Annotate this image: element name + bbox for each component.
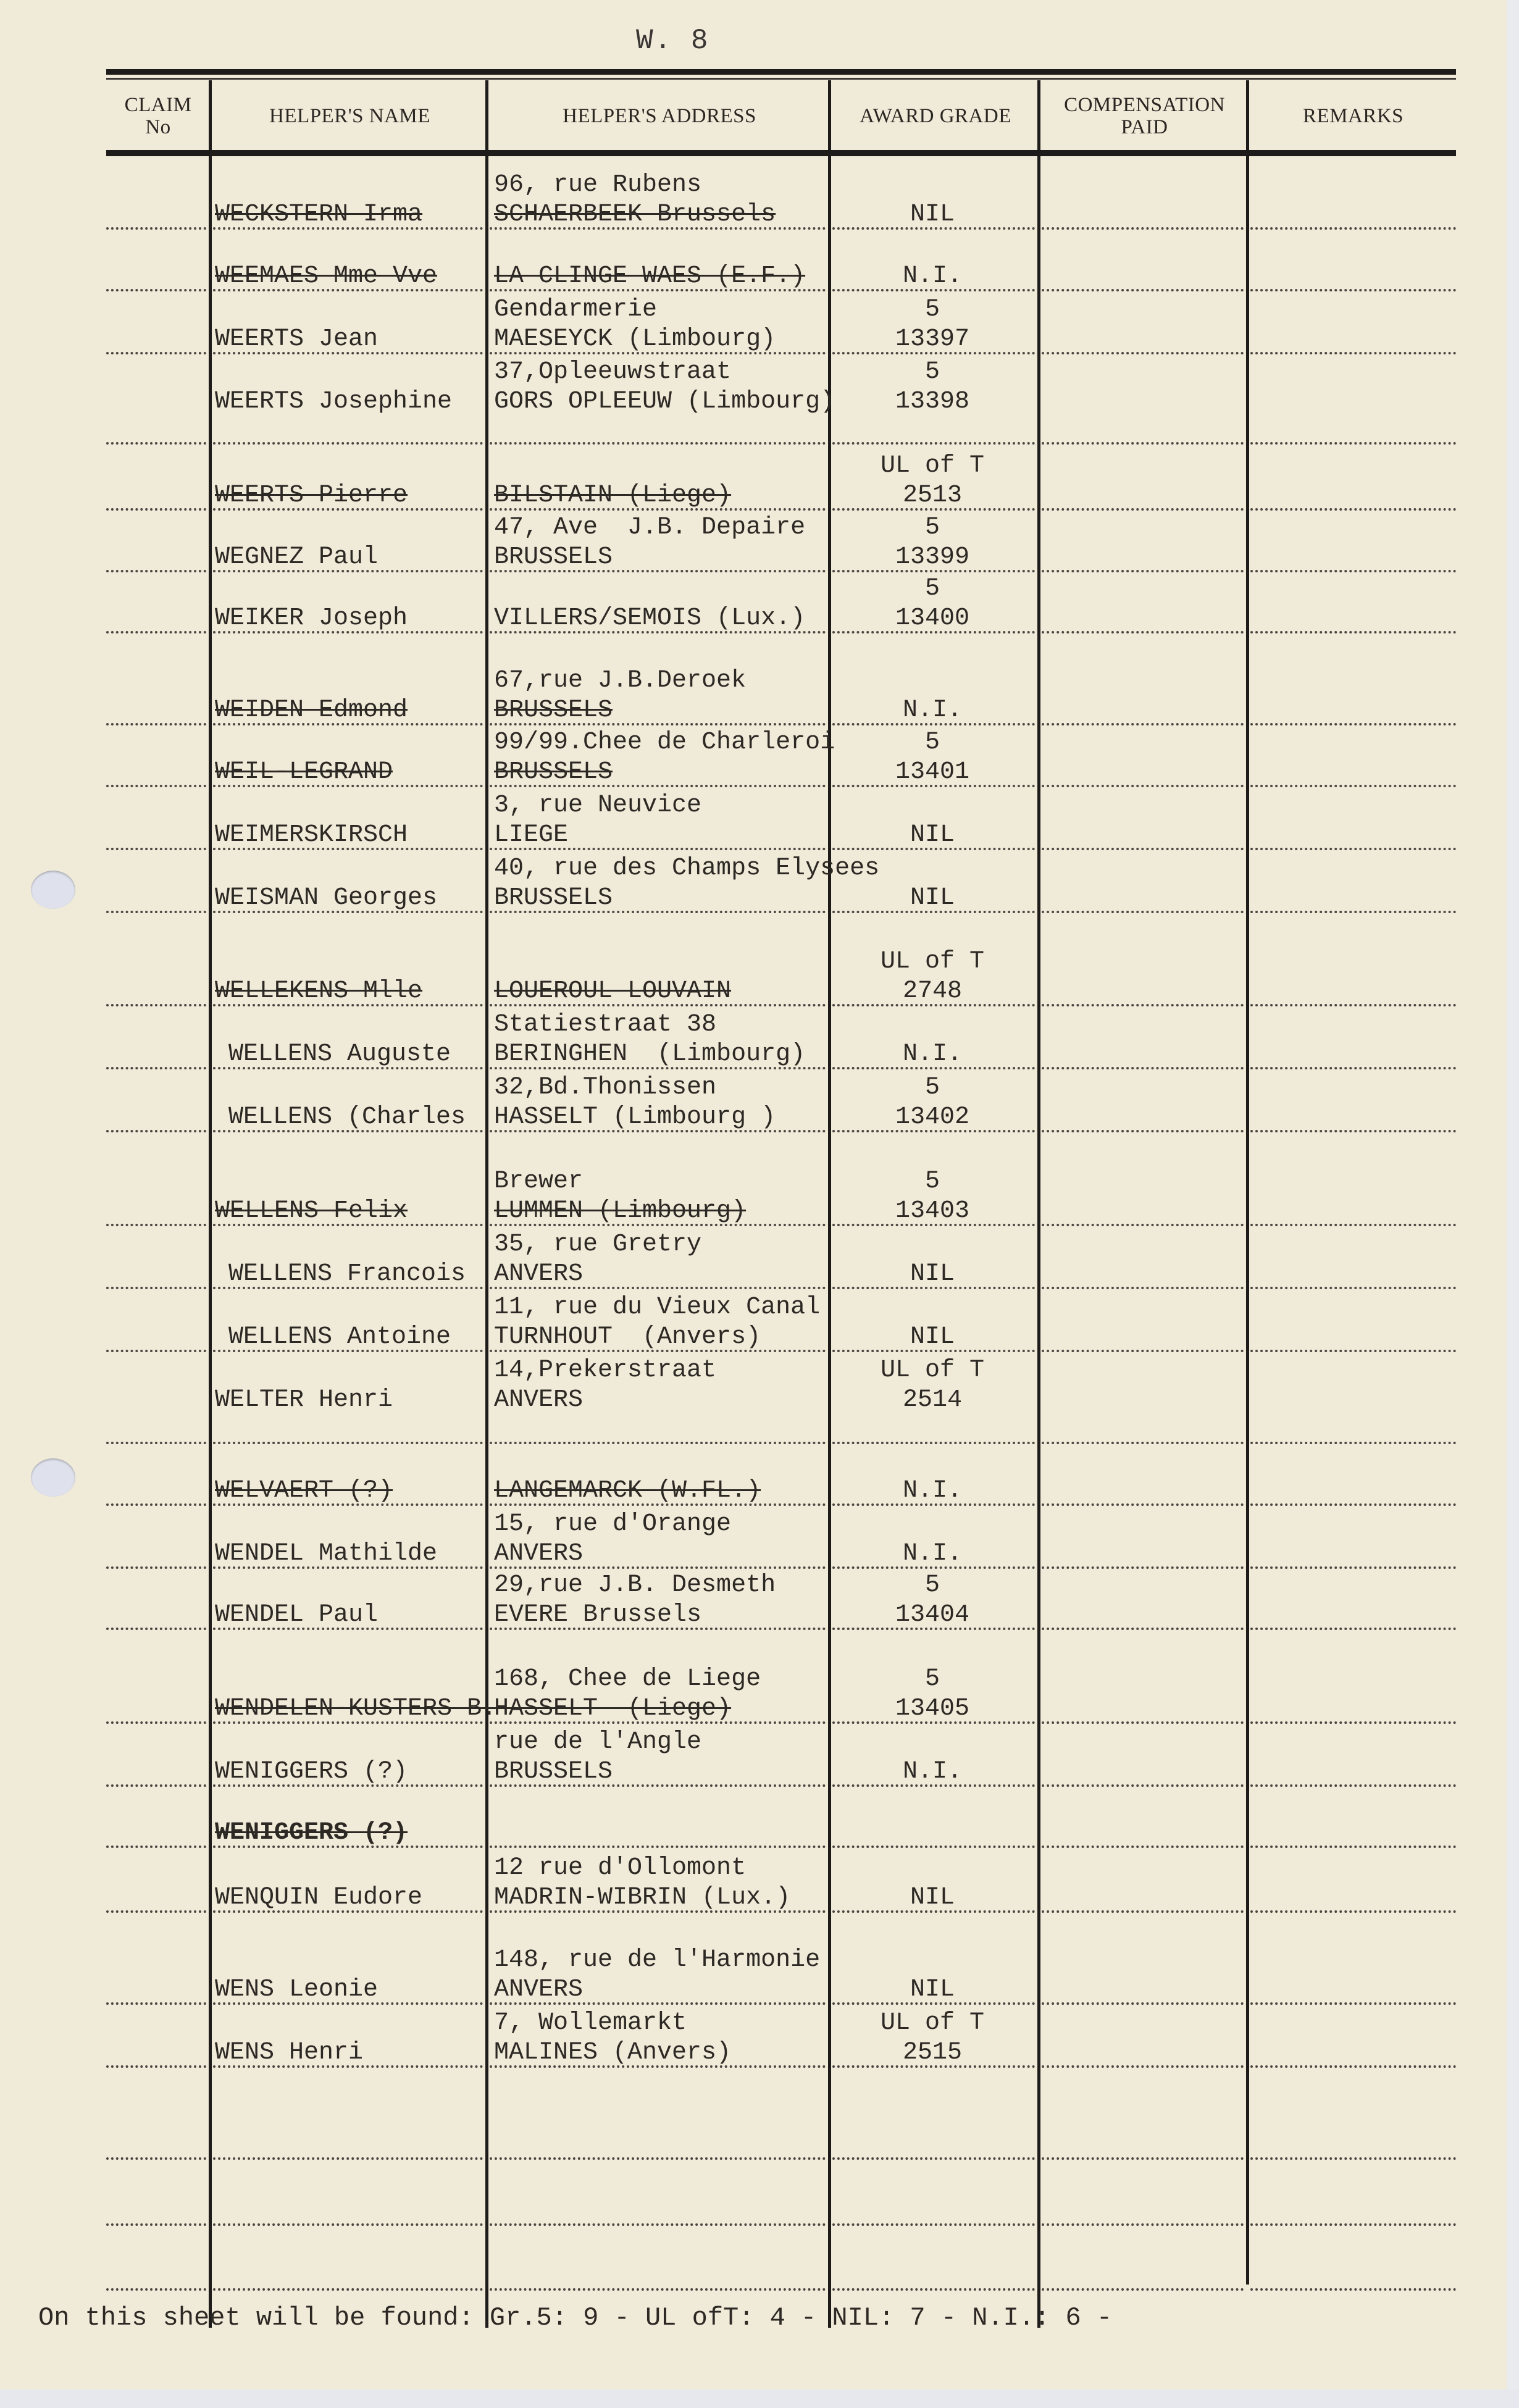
row-rule (106, 1566, 206, 1569)
row-rule (106, 1287, 206, 1289)
row-rule (1042, 2288, 1244, 2291)
row-rule (1042, 2065, 1244, 2068)
col-header-compensation-paid: COMPENSATION PAID (1042, 86, 1247, 145)
row-rule (1042, 570, 1244, 572)
row-rule (1250, 508, 1456, 511)
helper-address-line2: EVERE Brussels (494, 1600, 701, 1630)
helper-name: WELLENS Felix (215, 1197, 408, 1226)
helper-address-line1: 12 rue d'Ollomont (494, 1854, 746, 1883)
row-rule (106, 2002, 206, 2005)
helper-name: WECKSTERN Irma (215, 200, 422, 230)
award-grade-line2: NIL (834, 1260, 1031, 1289)
award-grade-line2: N.I. (834, 696, 1031, 725)
helper-address-line1: 14,Prekerstraat (494, 1356, 716, 1386)
row-rule (213, 2288, 483, 2291)
helper-address-line2: HASSELT (Liege) (494, 1694, 731, 1724)
row-rule (490, 2157, 826, 2160)
row-rule (1250, 723, 1456, 725)
row-rule (106, 1067, 206, 1069)
award-grade-line2: N.I. (834, 1757, 1031, 1787)
award-grade-line1: 5 (834, 728, 1031, 758)
row-rule (1250, 785, 1456, 787)
header-top-thin-rule (106, 78, 1456, 80)
col-divider-address (485, 80, 488, 2328)
award-grade-line2: 13405 (834, 1694, 1031, 1724)
helper-address-line1: 32,Bd.Thonissen (494, 1073, 716, 1103)
row-rule (1250, 2288, 1456, 2291)
row-rule (1250, 1442, 1456, 1444)
award-grade-line1: 5 (834, 1073, 1031, 1103)
row-rule (1042, 785, 1244, 787)
helper-address-line1: 11, rue du Vieux Canal (494, 1293, 820, 1323)
helper-name: WEIKER Joseph (215, 604, 408, 633)
helper-address-line2: VILLERS/SEMOIS (Lux.) (494, 604, 805, 633)
row-rule (106, 1721, 206, 1724)
helper-name: WEIMERSKIRSCH (215, 821, 408, 850)
helper-address-line1: 47, Ave J.B. Depaire (494, 513, 805, 543)
row-rule (106, 2065, 206, 2068)
row-rule (490, 442, 826, 445)
helper-name: WELTER Henri (215, 1386, 393, 1415)
row-rule (1250, 1503, 1456, 1506)
helper-name: WELLENS Auguste (228, 1040, 451, 1069)
row-rule (1042, 631, 1244, 633)
helper-address-line2: ANVERS (494, 1539, 583, 1569)
row-rule (1042, 1721, 1244, 1724)
helper-address-line1: Statiestraat 38 (494, 1010, 716, 1040)
helper-address-line2: MADRIN-WIBRIN (Lux.) (494, 1883, 790, 1913)
helper-address-line1: Gendarmerie (494, 295, 657, 325)
row-rule (1250, 442, 1456, 445)
helper-address-line2: BRUSSELS (494, 758, 613, 787)
row-rule (1042, 1004, 1244, 1006)
helper-address-line2: MALINES (Anvers) (494, 2038, 731, 2068)
award-grade-line2: 2513 (834, 481, 1031, 511)
helper-address-line1: 3, rue Neuvice (494, 791, 701, 821)
punch-hole-bottom (31, 1458, 75, 1497)
helper-address-line1: 67,rue J.B.Deroek (494, 666, 746, 696)
helper-address-line2: BERINGHEN (Limbourg) (494, 1040, 805, 1069)
helper-address-line2: BRUSSELS (494, 696, 613, 725)
row-rule (1250, 631, 1456, 633)
row-rule (490, 1846, 826, 1848)
helper-name: WEERTS Jean (215, 325, 378, 354)
row-rule (106, 1910, 206, 1913)
row-rule (1042, 1846, 1244, 1848)
helper-name: WEISMAN Georges (215, 884, 437, 913)
col-divider-award (828, 80, 831, 2328)
helper-name: WENIGGERS (?) (215, 1818, 408, 1848)
helper-name: WEGNEZ Paul (215, 543, 378, 572)
row-rule (213, 442, 483, 445)
helper-address-line2: LUMMEN (Limbourg) (494, 1197, 746, 1226)
row-rule (832, 1846, 1035, 1848)
award-grade-line2: 13403 (834, 1197, 1031, 1226)
row-rule (1042, 1503, 1244, 1506)
award-grade-line2: 13399 (834, 543, 1031, 572)
row-rule (106, 723, 206, 725)
helper-name: WEIL-LEGRAND (215, 758, 393, 787)
helper-name: WELLENS (Charles (228, 1103, 466, 1132)
row-rule (1042, 1442, 1244, 1444)
row-rule (106, 1004, 206, 1006)
col-header-helper-address: HELPER'S ADDRESS (490, 86, 829, 145)
row-rule (832, 2223, 1035, 2226)
row-rule (1042, 442, 1244, 445)
helper-name: WELVAERT (?) (215, 1476, 393, 1506)
row-rule (1042, 1910, 1244, 1913)
helper-name: WENS Leonie (215, 1975, 378, 2005)
paper-sheet (0, 0, 1507, 2389)
row-rule (1250, 2065, 1456, 2068)
row-rule (1042, 1067, 1244, 1069)
row-rule (213, 1442, 483, 1444)
helper-address-line1: 35, rue Gretry (494, 1230, 701, 1260)
header-bottom-rule (106, 150, 1456, 156)
award-grade-line1: 5 (834, 1167, 1031, 1197)
award-grade-line2: NIL (834, 1975, 1031, 2005)
helper-address-line1: 99/99.Chee de Charleroi (494, 728, 835, 758)
award-grade-line2: 13398 (834, 387, 1031, 417)
row-rule (1250, 352, 1456, 354)
row-rule (1250, 1628, 1456, 1630)
col-divider-remarks (1246, 80, 1249, 2285)
col-divider-compensation (1037, 80, 1040, 2328)
helper-name: WENIGGERS (?) (215, 1757, 408, 1787)
helper-address-line2: BRUSSELS (494, 1757, 613, 1787)
row-rule (490, 2288, 826, 2291)
row-rule (106, 785, 206, 787)
row-rule (1042, 1784, 1244, 1787)
row-rule (106, 1442, 206, 1444)
row-rule (213, 2223, 483, 2226)
award-grade-line2: N.I. (834, 1476, 1031, 1506)
scan-background-bottom (0, 2389, 1519, 2408)
row-rule (1250, 2157, 1456, 2160)
row-rule (1042, 1350, 1244, 1352)
award-grade-line2: 13397 (834, 325, 1031, 354)
helper-name: WENDEL Mathilde (215, 1539, 437, 1569)
helper-name: WENDELEN-KUSTERS B. (215, 1694, 496, 1724)
row-rule (1042, 227, 1244, 230)
row-rule (1042, 1287, 1244, 1289)
row-rule (1250, 911, 1456, 913)
award-grade-line2: 13401 (834, 758, 1031, 787)
row-rule (106, 1503, 206, 1506)
helper-name: WELLEKENS Mlle (215, 977, 422, 1006)
helper-address-line2: BRUSSELS (494, 543, 613, 572)
row-rule (106, 570, 206, 572)
row-rule (106, 1784, 206, 1787)
helper-address-line1: 15, rue d'Orange (494, 1510, 731, 1539)
row-rule (1250, 570, 1456, 572)
helper-address-line2: BILSTAIN (Liege) (494, 481, 731, 511)
row-rule (1250, 1224, 1456, 1226)
row-rule (1250, 1130, 1456, 1132)
award-grade-line1: UL of T (834, 2009, 1031, 2038)
row-rule (1042, 289, 1244, 291)
row-rule (1042, 2223, 1244, 2226)
row-rule (213, 2157, 483, 2160)
award-grade-line1: UL of T (834, 1356, 1031, 1386)
row-rule (106, 2157, 206, 2160)
sheet-id: W. 8 (636, 25, 709, 57)
row-rule (106, 2288, 206, 2291)
row-rule (832, 1442, 1035, 1444)
col-header-helper-name: HELPER'S NAME (213, 86, 487, 145)
helper-name: WENS Henri (215, 2038, 363, 2068)
award-grade-line2: NIL (834, 200, 1031, 230)
helper-name: WENDEL Paul (215, 1600, 378, 1630)
row-rule (1250, 1067, 1456, 1069)
row-rule (106, 227, 206, 230)
helper-name: WEIDEN Edmond (215, 696, 408, 725)
row-rule (1042, 723, 1244, 725)
col-header-award-grade: AWARD GRADE (832, 86, 1039, 145)
row-rule (1250, 289, 1456, 291)
row-rule (1042, 1566, 1244, 1569)
helper-address-line2: SCHAERBEEK Brussels (494, 200, 776, 230)
award-grade-line1: UL of T (834, 451, 1031, 481)
helper-name: WELLENS Francois (228, 1260, 466, 1289)
sheet-summary: On this sheet will be found: Gr.5: 9 - U… (38, 2303, 1112, 2333)
row-rule (1042, 911, 1244, 913)
helper-address-line2: BRUSSELS (494, 884, 613, 913)
row-rule (106, 848, 206, 850)
row-rule (106, 2223, 206, 2226)
award-grade-line2: N.I. (834, 1040, 1031, 1069)
row-rule (1042, 508, 1244, 511)
row-rule (106, 1224, 206, 1226)
helper-address-line1: 29,rue J.B. Desmeth (494, 1571, 776, 1600)
row-rule (1250, 1910, 1456, 1913)
row-rule (1250, 1846, 1456, 1848)
award-grade-line1: 5 (834, 295, 1031, 325)
award-grade-line2: 13400 (834, 604, 1031, 633)
award-grade-line2: N.I. (834, 1539, 1031, 1569)
helper-address-line2: ANVERS (494, 1260, 583, 1289)
row-rule (832, 2288, 1035, 2291)
award-grade-line2: 13404 (834, 1600, 1031, 1630)
row-rule (1250, 1566, 1456, 1569)
helper-name: WENQUIN Eudore (215, 1883, 422, 1913)
award-grade-line2: 2515 (834, 2038, 1031, 2068)
award-grade-line1: 5 (834, 1665, 1031, 1694)
award-grade-line1: 5 (834, 1571, 1031, 1600)
helper-name: WEERTS Pierre (215, 481, 408, 511)
row-rule (1250, 848, 1456, 850)
award-grade-line1: 5 (834, 357, 1031, 387)
award-grade-line2: 2748 (834, 977, 1031, 1006)
award-grade-line2: NIL (834, 1883, 1031, 1913)
helper-address-line1: 168, Chee de Liege (494, 1665, 761, 1694)
award-grade-line1: 5 (834, 574, 1031, 604)
helper-address-line1: 40, rue des Champs Elysees (494, 854, 879, 884)
row-rule (106, 1130, 206, 1132)
row-rule (1042, 2002, 1244, 2005)
row-rule (1250, 2223, 1456, 2226)
row-rule (106, 1846, 206, 1848)
row-rule (1250, 1721, 1456, 1724)
award-grade-line2: 2514 (834, 1386, 1031, 1415)
row-rule (1250, 1350, 1456, 1352)
row-rule (1250, 1287, 1456, 1289)
row-rule (1042, 1628, 1244, 1630)
row-rule (832, 2157, 1035, 2160)
helper-address-line1: 7, Wollemarkt (494, 2009, 687, 2038)
col-header-remarks: REMARKS (1250, 86, 1456, 145)
row-rule (1042, 2157, 1244, 2160)
award-grade-line2: NIL (834, 821, 1031, 850)
helper-address-line1: 96, rue Rubens (494, 170, 701, 200)
helper-address-line2: LANGEMARCK (W.FL.) (494, 1476, 761, 1506)
scan-background-right (1507, 0, 1519, 2408)
helper-name: WEERTS Josephine (215, 387, 452, 417)
row-rule (106, 631, 206, 633)
header-top-rule (106, 69, 1456, 75)
row-rule (106, 289, 206, 291)
row-rule (1250, 1004, 1456, 1006)
helper-address-line2: ANVERS (494, 1975, 583, 2005)
award-grade-line2: 13402 (834, 1103, 1031, 1132)
award-grade-line2: NIL (834, 884, 1031, 913)
row-rule (106, 442, 206, 445)
row-rule (490, 1442, 826, 1444)
row-rule (490, 2223, 826, 2226)
row-rule (106, 911, 206, 913)
helper-name: WEEMAES Mme Vve (215, 262, 437, 291)
helper-address-line2: ANVERS (494, 1386, 583, 1415)
row-rule (1042, 1224, 1244, 1226)
row-rule (106, 1628, 206, 1630)
helper-address-line1: 148, rue de l'Harmonie (494, 1946, 820, 1975)
punch-hole-top (31, 871, 75, 909)
row-rule (106, 352, 206, 354)
row-rule (832, 442, 1035, 445)
row-rule (1250, 227, 1456, 230)
award-grade-line2: N.I. (834, 262, 1031, 291)
helper-name: WELLENS Antoine (228, 1323, 451, 1352)
col-header-claim-no: CLAIM No (106, 86, 210, 145)
helper-address-line2: LA CLINGE WAES (E.F.) (494, 262, 805, 291)
row-rule (1042, 848, 1244, 850)
helper-address-line2: TURNHOUT (Anvers) (494, 1323, 761, 1352)
award-grade-line2: NIL (834, 1323, 1031, 1352)
row-rule (1042, 1130, 1244, 1132)
helper-address-line2: GORS OPLEEUW (Limbourg) (494, 387, 835, 417)
helper-address-line1: 37,Opleeuwstraat (494, 357, 731, 387)
award-grade-line1: 5 (834, 513, 1031, 543)
row-rule (1250, 1784, 1456, 1787)
helper-address-line1: rue de l'Angle (494, 1728, 701, 1757)
row-rule (1042, 352, 1244, 354)
helper-address-line2: LOUEROUL LOUVAIN (494, 977, 731, 1006)
helper-address-line2: HASSELT (Limbourg ) (494, 1103, 776, 1132)
row-rule (106, 508, 206, 511)
helper-address-line2: LIEGE (494, 821, 568, 850)
col-divider-name (209, 80, 212, 2328)
award-grade-line1: UL of T (834, 947, 1031, 977)
row-rule (1250, 2002, 1456, 2005)
row-rule (106, 1350, 206, 1352)
helper-address-line1: Brewer (494, 1167, 583, 1197)
helper-address-line2: MAESEYCK (Limbourg) (494, 325, 776, 354)
